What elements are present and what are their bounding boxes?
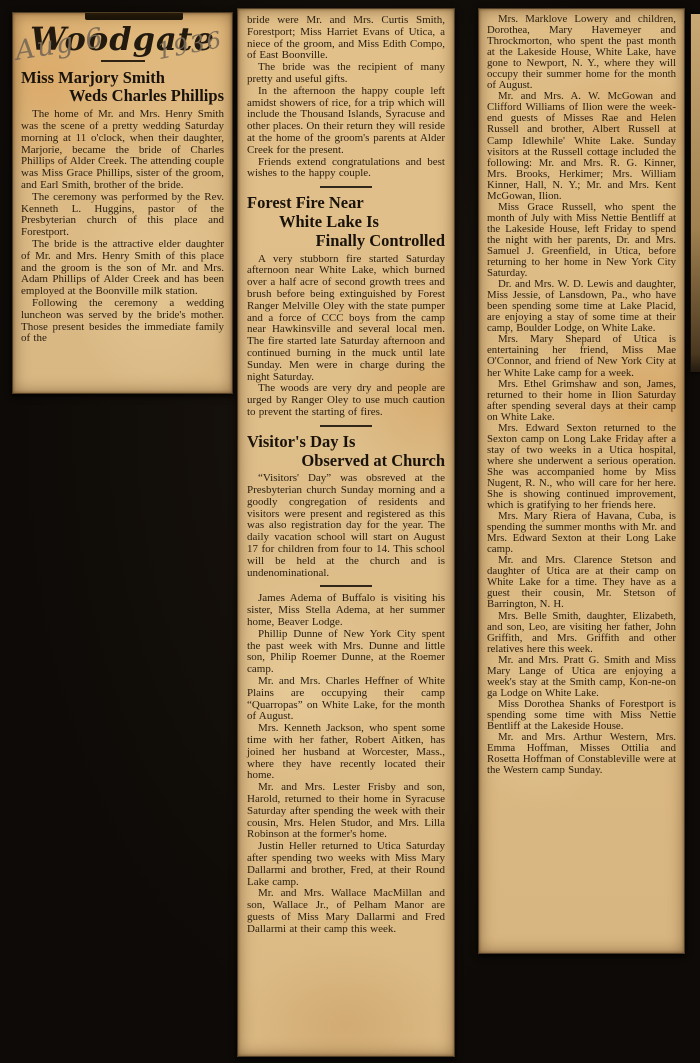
news-note: Mrs. Edward Sexton returned to the Sexto… [487,423,676,511]
news-note: Mrs. Ethel Grimshaw and son, James, retu… [487,379,676,423]
headline-wedding: Miss Marjory Smith Weds Charles Phillips [21,69,224,107]
headline-wedding-line2: Weds Charles Phillips [21,87,224,106]
news-note: Mr. and Mrs. Wallace MacMillan and son, … [247,888,445,935]
news-note: Mr. and Mrs. Lester Frisby and son, Haro… [247,782,445,841]
news-note: Mrs. Mary Riera of Havana, Cuba, is spen… [487,511,676,555]
news-note: Mrs. Marklove Lowery and children, Dorot… [487,14,676,91]
headline-visitors-line1: Visitor's Day Is [247,433,445,452]
news-note: Phillip Dunne of New York City spent the… [247,629,445,676]
headline-fire-line2: White Lake Is [247,213,445,232]
news-note: Mrs. Belle Smith, daughter, Elizabeth, a… [487,611,676,655]
section-divider [320,585,372,587]
article-paragraph: The ceremony was performed by the Rev. K… [21,192,224,239]
news-note: Mr. and Mrs. Pratt G. Smith and Miss Mar… [487,655,676,699]
news-note: Mr. and Mrs. Arthur Western, Mrs. Emma H… [487,732,676,776]
news-note: Miss Grace Russell, who spent the month … [487,202,676,279]
headline-visitors-line2: Observed at Church [247,452,445,471]
masthead-rule [101,60,145,62]
news-note: Mr. and Mrs. Charles Heffner of White Pl… [247,676,445,723]
clipping-left: Aug 6 1936 Woodgate Miss Marjory Smith W… [12,12,233,394]
section-divider [320,186,372,188]
news-note: Mr. and Mrs. A. W. McGowan and Clifford … [487,91,676,201]
article-paragraph: bride were Mr. and Mrs. Curtis Smith, Fo… [247,15,445,62]
section-divider [320,425,372,427]
news-note: James Adema of Buffalo is visiting his s… [247,593,445,628]
article-paragraph: In the afternoon the happy couple left a… [247,86,445,157]
news-note: Miss Dorothea Shanks of Forestport is sp… [487,699,676,732]
article-paragraph: The woods are very dry and people are ur… [247,383,445,418]
headline-wedding-line1: Miss Marjory Smith [21,69,224,88]
masthead-title: Woodgate [21,23,224,57]
headline-fire: Forest Fire Near White Lake Is Finally C… [247,194,445,250]
headline-fire-line1: Forest Fire Near [247,194,445,213]
news-note: Mrs. Mary Shepard of Utica is entertaini… [487,334,676,378]
news-note: Dr. and Mrs. W. D. Lewis and daughter, M… [487,279,676,334]
news-note: Mr. and Mrs. Clarence Stetson and daught… [487,555,676,610]
article-paragraph: “Visitors' Day” was obsreved at the Pres… [247,473,445,579]
headline-visitors: Visitor's Day Is Observed at Church [247,433,445,471]
article-paragraph: Friends extend congratulations and best … [247,157,445,181]
clipping-sliver [690,14,700,372]
scan-background: Aug 6 1936 Woodgate Miss Marjory Smith W… [0,0,700,1063]
article-paragraph: The bride was the recipient of many pret… [247,62,445,86]
news-note: Mrs. Kenneth Jackson, who spent some tim… [247,723,445,782]
article-paragraph: A very stubborn fire started Saturday af… [247,254,445,384]
torn-edge-fragment [85,13,183,20]
clipping-right: Mrs. Marklove Lowery and children, Dorot… [478,8,685,954]
article-paragraph: The home of Mr. and Mrs. Henry Smith was… [21,109,224,192]
news-note: Justin Heller returned to Utica Saturday… [247,841,445,888]
article-paragraph: The bride is the attractive elder daught… [21,239,224,298]
clipping-middle: bride were Mr. and Mrs. Curtis Smith, Fo… [237,8,455,1057]
headline-fire-line3: Finally Controlled [247,232,445,251]
article-paragraph: Following the ceremony a wedding luncheo… [21,298,224,345]
